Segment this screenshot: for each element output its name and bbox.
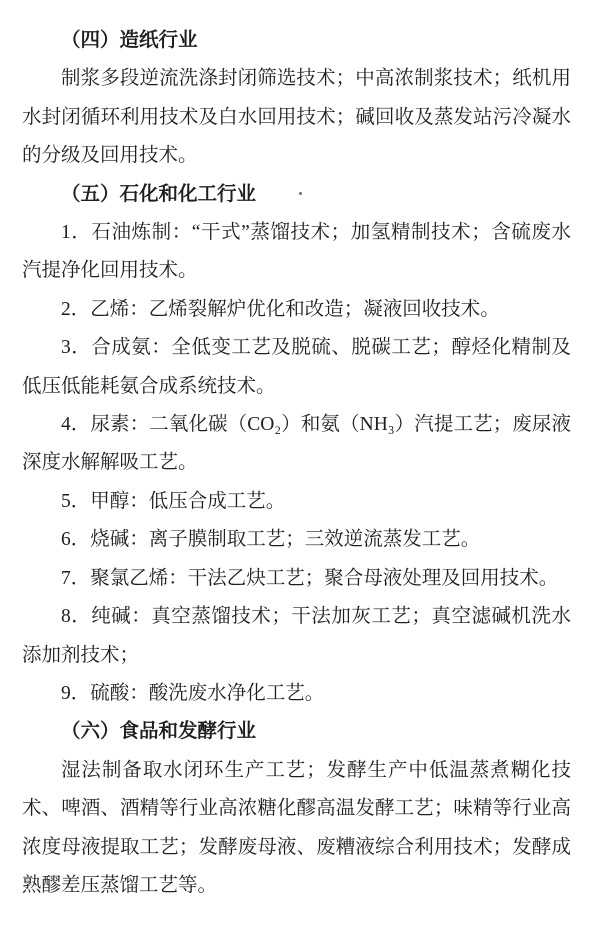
scan-artifact-dot: [299, 192, 302, 195]
list-item-soda-ash: 8．纯碱：真空蒸馏技术；干法加灰工艺；真空滤碱机洗水添加剂技术；: [22, 598, 571, 675]
paragraph-food-fermentation: 湿法制备取水闭环生产工艺；发酵生产中低温蒸煮糊化技术、啤酒、酒精等行业高浓糖化醪…: [22, 752, 571, 906]
list-item-oil-refining: 1．石油炼制：“干式”蒸馏技术；加氢精制技术；含硫废水汽提净化回用技术。: [22, 214, 571, 291]
section-heading-petrochemical-industry: （五）石化和化工行业: [22, 176, 571, 214]
list-item-sulfuric-acid: 9．硫酸：酸洗废水净化工艺。: [22, 675, 571, 713]
list-item-urea: 4．尿素：二氧化碳（CO₂）和氨（NH₃）汽提工艺；废尿液深度水解解吸工艺。: [22, 406, 571, 483]
list-item-pvc: 7．聚氯乙烯：干法乙炔工艺；聚合母液处理及回用技术。: [22, 560, 571, 598]
document-content: （四）造纸行业 制浆多段逆流洗涤封闭筛选技术；中高浓制浆技术；纸机用水封闭循环利…: [22, 22, 571, 905]
section-heading-paper-industry: （四）造纸行业: [22, 22, 571, 60]
list-item-synthetic-ammonia: 3．合成氨：全低变工艺及脱硫、脱碳工艺；醇烃化精制及低压低能耗氨合成系统技术。: [22, 329, 571, 406]
list-item-caustic-soda: 6．烧碱：离子膜制取工艺；三效逆流蒸发工艺。: [22, 521, 571, 559]
list-item-methanol: 5．甲醇：低压合成工艺。: [22, 483, 571, 521]
paragraph-paper-industry: 制浆多段逆流洗涤封闭筛选技术；中高浓制浆技术；纸机用水封闭循环利用技术及白水回用…: [22, 60, 571, 175]
list-item-ethylene: 2．乙烯：乙烯裂解炉优化和改造；凝液回收技术。: [22, 291, 571, 329]
section-heading-food-fermentation-industry: （六）食品和发酵行业: [22, 713, 571, 751]
document-page: （四）造纸行业 制浆多段逆流洗涤封闭筛选技术；中高浓制浆技术；纸机用水封闭循环利…: [0, 0, 599, 926]
